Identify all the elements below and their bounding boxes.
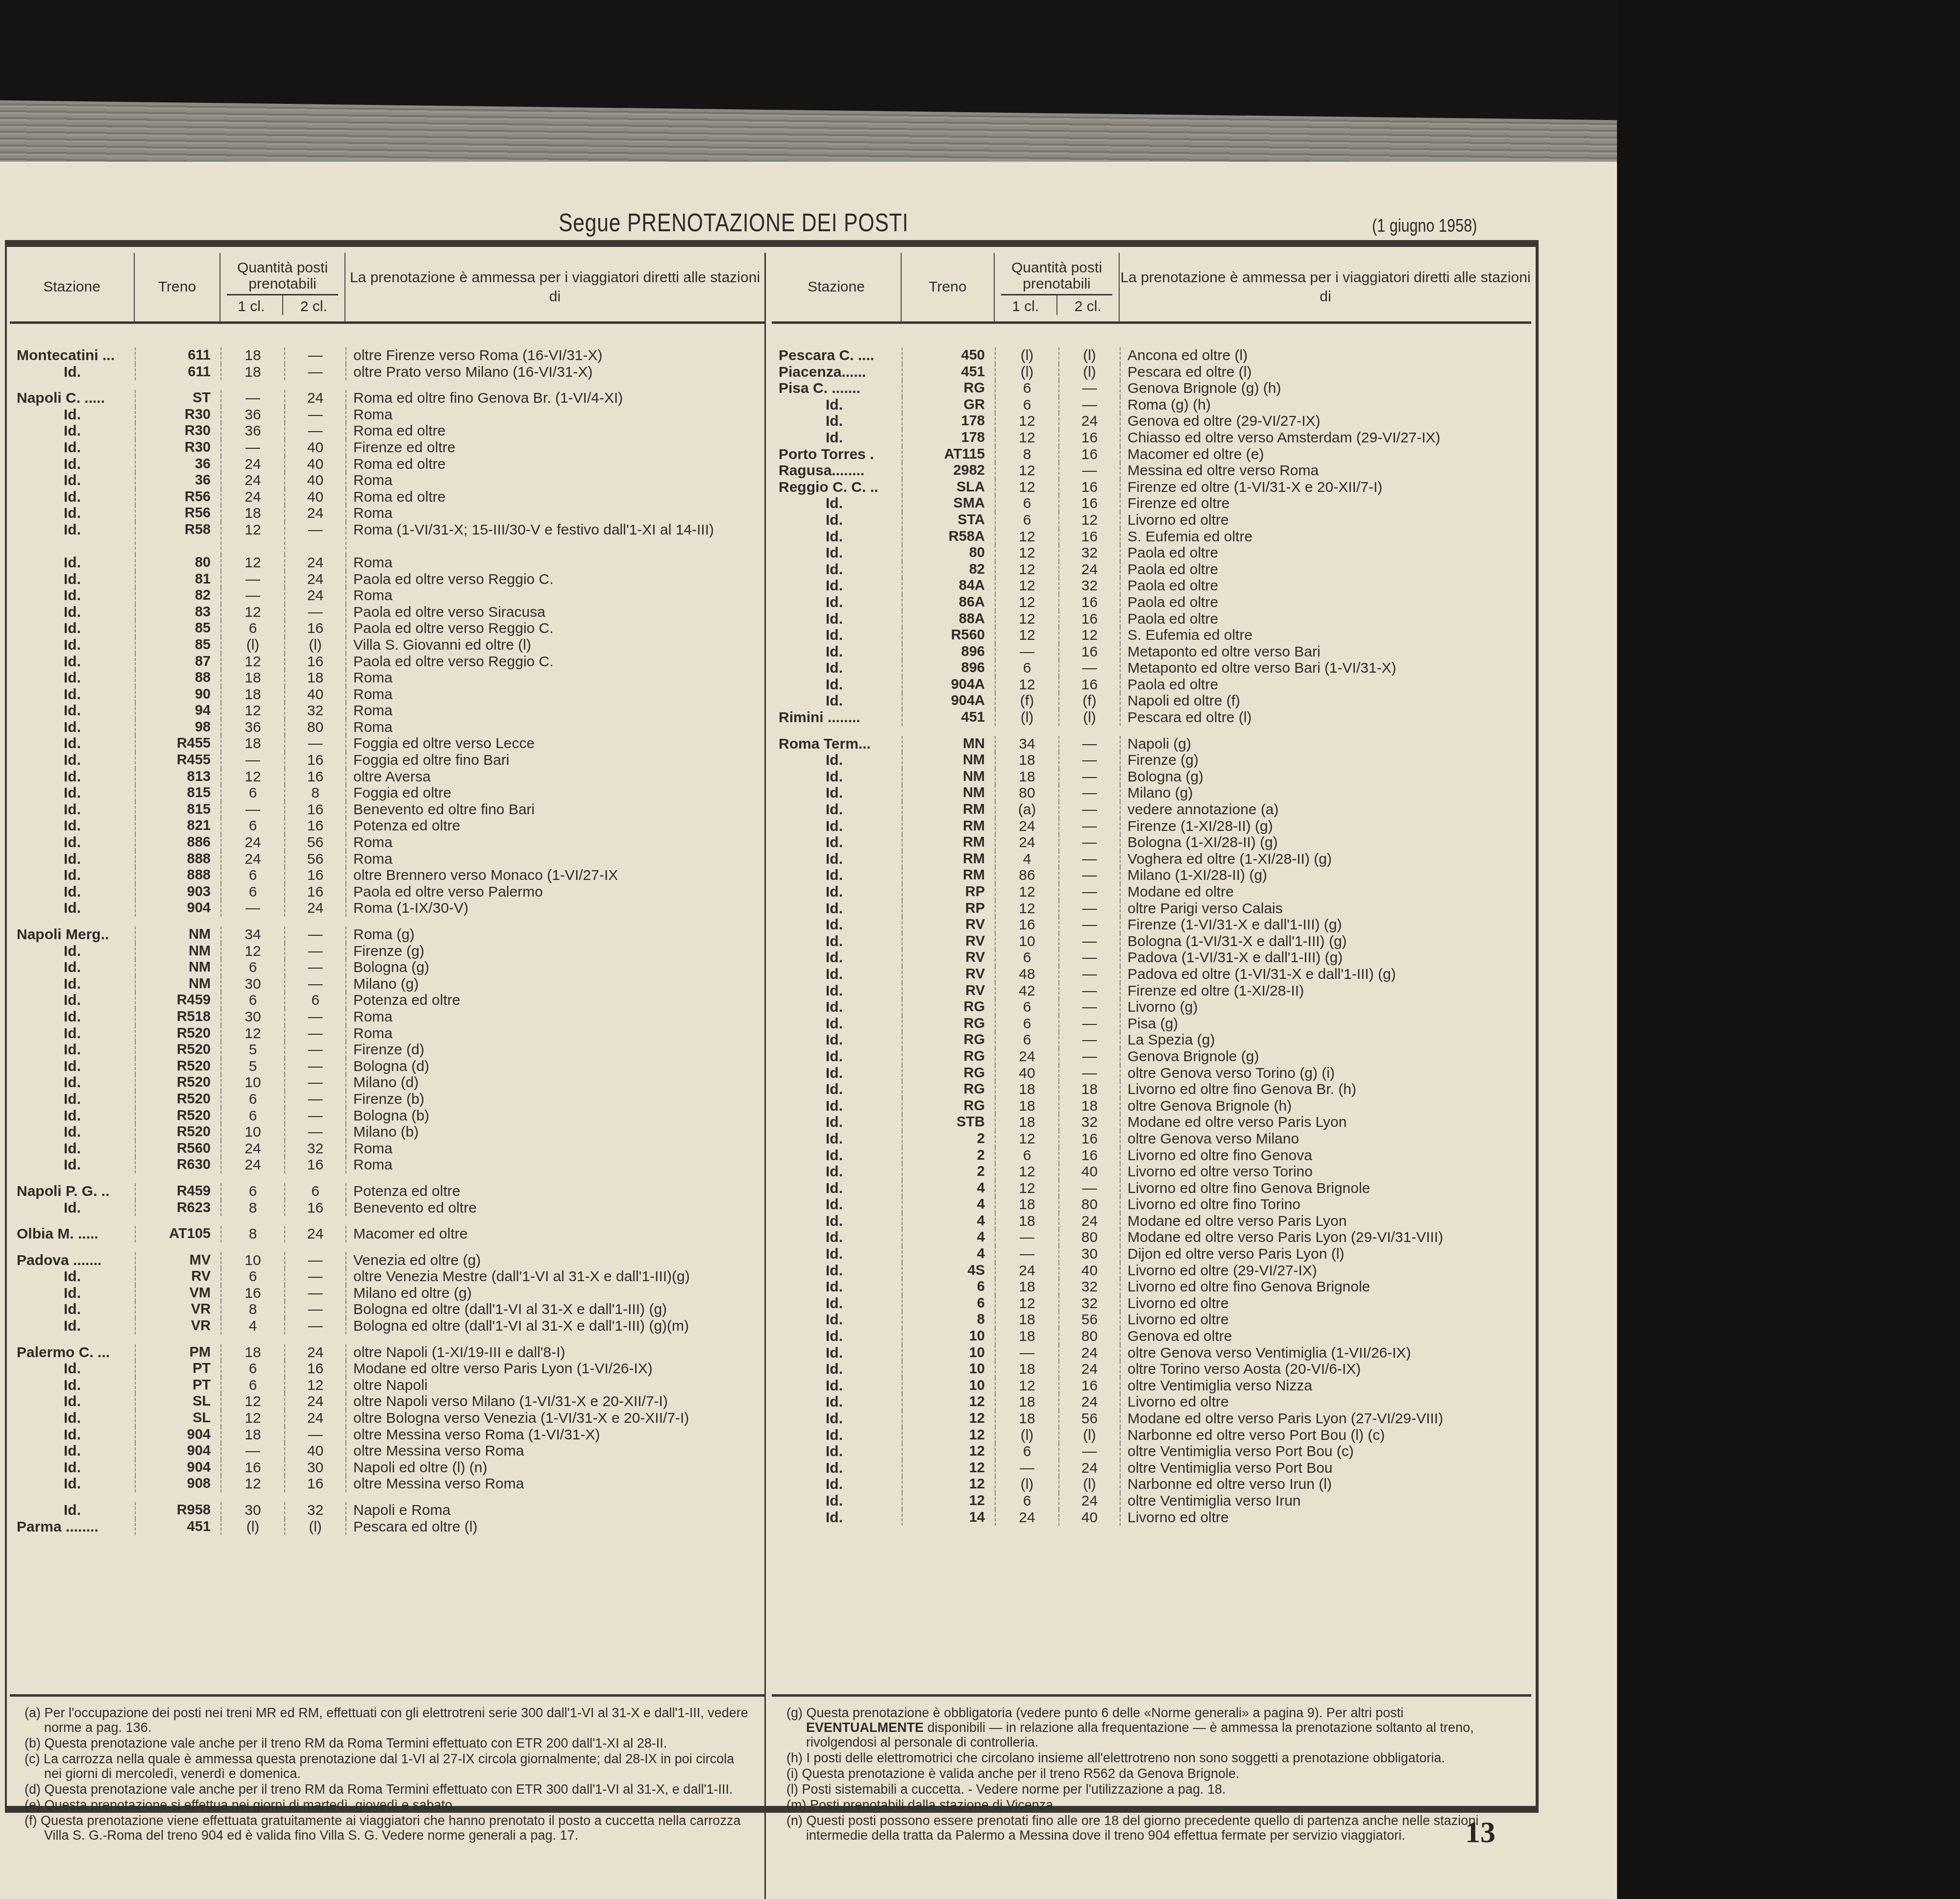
destination-cell: Messina ed oltre verso Roma (1120, 463, 1531, 479)
station-cell: Id. (10, 1157, 135, 1173)
station-cell: Id. (10, 1285, 135, 1302)
destination-cell: Roma (345, 1141, 764, 1157)
station-cell: Napoli P. G. .. (10, 1183, 135, 1200)
destination-cell: Napoli ed oltre (f) (1120, 693, 1531, 709)
second-class-seats-cell: — (284, 1427, 345, 1443)
first-class-seats-cell: (a) (995, 802, 1058, 818)
train-cell: PT (135, 1377, 220, 1394)
table-row: Id.9041630Napoli ed oltre (l) (n) (10, 1460, 764, 1476)
train-cell: R30 (135, 423, 220, 439)
footnote: (b) Questa prenotazione vale anche per i… (24, 1736, 755, 1751)
train-cell: 451 (902, 364, 995, 381)
edition-date: (1 giugno 1958) (1372, 216, 1477, 236)
destination-cell: oltre Genova Brignole (h) (1120, 1098, 1531, 1115)
table-row: Id.RG6—La Spezia (g) (772, 1032, 1531, 1048)
table-row: Id.362440Roma ed oltre (10, 456, 764, 473)
train-cell: R630 (135, 1157, 220, 1173)
first-class-seats-cell: 12 (995, 1295, 1058, 1312)
table-row: Id.41824Modane ed oltre verso Paris Lyon (772, 1213, 1531, 1230)
station-cell: Parma ........ (10, 1519, 135, 1535)
station-cell: Id. (10, 505, 135, 522)
destination-cell: Roma (345, 555, 764, 571)
destination-cell: Paola ed oltre verso Siracusa (345, 604, 764, 621)
train-cell: R58A (902, 529, 995, 545)
second-class-seats-cell: 24 (1058, 413, 1120, 430)
first-class-seats-cell: 6 (995, 1147, 1058, 1164)
table-row: Id.101880Genova ed oltre (772, 1328, 1531, 1345)
table-row: Id.NM6—Bologna (g) (10, 959, 764, 976)
header-quantity: Quantità posti prenotabili 1 cl. 2 cl. (995, 253, 1120, 321)
destination-cell: Bologna (b) (345, 1108, 764, 1124)
second-class-seats-cell: 16 (1058, 495, 1120, 512)
station-cell: Id. (772, 769, 902, 785)
station-cell: Id. (772, 512, 902, 529)
station-cell: Id. (772, 1147, 902, 1164)
second-class-seats-cell: 32 (1058, 545, 1120, 561)
second-class-seats-cell: — (284, 1318, 345, 1335)
second-class-seats-cell: 24 (284, 505, 345, 522)
train-cell: 450 (902, 347, 995, 364)
table-row: Pescara C. ....450(l)(l)Ancona ed oltre … (772, 347, 1531, 364)
station-cell: Padova ....... (10, 1252, 135, 1269)
first-class-seats-cell: 6 (995, 512, 1058, 529)
first-class-seats-cell: 18 (995, 1279, 1058, 1295)
station-cell: Piacenza...... (772, 364, 902, 381)
train-cell: 896 (902, 660, 995, 677)
second-class-seats-cell: 12 (1058, 512, 1120, 529)
first-class-seats-cell: 18 (995, 1328, 1058, 1345)
train-cell: 815 (135, 802, 220, 818)
station-cell: Id. (10, 703, 135, 719)
station-cell: Id. (10, 1427, 135, 1443)
destination-cell: Villa S. Giovanni ed oltre (l) (345, 637, 764, 654)
destination-cell: Roma (1-IX/30-V) (345, 900, 764, 917)
first-class-seats-cell: 18 (995, 1081, 1058, 1098)
destination-cell: Milano (g) (1120, 785, 1531, 802)
second-class-seats-cell: 18 (1058, 1081, 1120, 1098)
second-class-seats-cell: 32 (1058, 1295, 1120, 1312)
train-cell: RV (902, 966, 995, 983)
table-row: Id.41880Livorno ed oltre fino Torino (772, 1196, 1531, 1213)
train-cell: 904A (902, 677, 995, 693)
destination-cell: oltre Firenze verso Roma (16-VI/31-X) (345, 347, 764, 364)
second-class-seats-cell: 6 (284, 992, 345, 1009)
destination-cell: Paola ed oltre (1120, 677, 1531, 693)
first-class-seats-cell: 18 (220, 686, 284, 703)
destination-cell: La Spezia (g) (1120, 1032, 1531, 1048)
second-class-seats-cell: 18 (1058, 1098, 1120, 1115)
station-cell: Id. (772, 1427, 902, 1444)
train-cell: SL (135, 1393, 220, 1410)
second-class-seats-cell: 32 (1058, 1114, 1120, 1131)
train-cell: 82 (135, 587, 220, 604)
first-class-seats-cell: 12 (220, 943, 284, 960)
destination-cell: Roma (345, 1025, 764, 1042)
destination-cell: Potenza ed oltre (345, 992, 764, 1009)
first-class-seats-cell: (f) (995, 693, 1058, 709)
first-class-seats-cell: 12 (220, 604, 284, 621)
station-cell: Id. (772, 644, 902, 660)
second-class-seats-cell: — (284, 364, 345, 381)
table-row: Id.904A1216Paola ed oltre (772, 677, 1531, 693)
station-cell: Id. (772, 1114, 902, 1131)
destination-cell: oltre Brennero verso Monaco (1-VI/27-IX (345, 867, 764, 884)
train-cell: 904 (135, 900, 220, 917)
footnotes-right: (g) Questa prenotazione è obbligatoria (… (772, 1694, 1531, 1899)
table-row: Id.61232Livorno ed oltre (772, 1295, 1531, 1312)
first-class-seats-cell: 18 (995, 1394, 1058, 1411)
second-class-seats-cell: — (284, 423, 345, 439)
background-dark (1617, 0, 1960, 1899)
table-row: Id.821224Paola ed oltre (772, 561, 1531, 578)
table-row: Id.801224Roma (10, 555, 764, 571)
destination-cell: Pisa (g) (1120, 1016, 1531, 1032)
table-row: Id.941232Roma (10, 703, 764, 719)
destination-cell: Bologna (1-XI/28-II) (g) (1120, 834, 1531, 851)
table-row: Id.881818Roma (10, 670, 764, 686)
first-class-seats-cell: 36 (220, 423, 284, 439)
second-class-seats-cell: (l) (1058, 364, 1120, 381)
first-class-seats-cell: 18 (995, 1114, 1058, 1131)
destination-cell: oltre Napoli (1-XI/19-III e dall'8-I) (345, 1344, 764, 1361)
station-cell: Id. (10, 719, 135, 736)
train-cell: 81 (135, 571, 220, 588)
train-cell: 85 (135, 620, 220, 637)
table-row: Id.85616Paola ed oltre verso Reggio C. (10, 620, 764, 637)
second-class-seats-cell: — (1058, 933, 1120, 950)
second-class-seats-cell: 24 (284, 571, 345, 588)
train-cell: RG (902, 1048, 995, 1065)
station-cell: Id. (772, 545, 902, 561)
train-cell: 888 (135, 851, 220, 868)
first-class-seats-cell: 12 (995, 1180, 1058, 1197)
footnote: (m) Posti prenotabili dalla stazione di … (786, 1798, 1521, 1812)
second-class-seats-cell: — (1058, 1180, 1120, 1197)
header-quantity-title: Quantità posti prenotabili (227, 260, 339, 295)
station-cell: Id. (772, 495, 902, 512)
first-class-seats-cell: 12 (995, 1378, 1058, 1394)
station-cell: Id. (772, 1098, 902, 1115)
second-class-seats-cell: 40 (1058, 1509, 1120, 1526)
second-class-seats-cell: 32 (284, 703, 345, 719)
second-class-seats-cell: 16 (284, 1157, 345, 1173)
first-class-seats-cell: 24 (220, 472, 284, 489)
first-class-seats-cell: 12 (995, 611, 1058, 628)
first-class-seats-cell: 86 (995, 867, 1058, 884)
train-cell: 10 (902, 1378, 995, 1394)
table-row: Id.4—80Modane ed oltre verso Paris Lyon … (772, 1229, 1531, 1246)
train-cell: R459 (135, 1183, 220, 1200)
destination-cell: Narbonne ed oltre verso Irun (l) (1120, 1476, 1531, 1493)
first-class-seats-cell: 12 (220, 522, 284, 555)
station-cell: Id. (10, 407, 135, 423)
station-cell: Id. (772, 413, 902, 430)
table-row: Id.R51830—Roma (10, 1009, 764, 1025)
first-class-seats-cell: — (220, 802, 284, 818)
destination-cell: Roma (345, 670, 764, 686)
table-row: Olbia M. .....AT105824Macomer ed oltre (10, 1226, 764, 1242)
train-cell: NM (902, 752, 995, 769)
first-class-seats-cell: 12 (995, 545, 1058, 561)
station-cell: Id. (772, 1246, 902, 1263)
destination-cell: S. Eufemia ed oltre (1120, 627, 1531, 644)
destination-cell: Macomer ed oltre (e) (1120, 446, 1531, 463)
table-row: Id.GR6—Roma (g) (h) (772, 397, 1531, 414)
second-class-seats-cell: 16 (284, 654, 345, 670)
train-cell: 87 (135, 654, 220, 670)
station-cell: Id. (772, 1279, 902, 1295)
table-row: Id.8882456Roma (10, 851, 764, 868)
header-station: Stazione (772, 253, 902, 321)
station-cell: Id. (10, 851, 135, 868)
destination-cell: oltre Genova verso Milano (1120, 1131, 1531, 1147)
train-cell: 888 (135, 867, 220, 884)
train-cell: 2 (902, 1164, 995, 1180)
first-class-seats-cell: 42 (995, 983, 1058, 999)
first-class-seats-cell: 12 (995, 1164, 1058, 1180)
second-class-seats-cell: — (1058, 802, 1120, 818)
table-row: Id.NM18—Bologna (g) (772, 769, 1531, 785)
train-cell: 88A (902, 611, 995, 628)
table-row: Id.61118—oltre Prato verso Milano (16-VI… (10, 364, 764, 381)
station-cell: Id. (772, 1476, 902, 1493)
second-class-seats-cell: 80 (284, 719, 345, 736)
second-class-seats-cell: — (1058, 917, 1120, 933)
table-row: Id.R52010—Milano (b) (10, 1124, 764, 1141)
station-cell: Id. (772, 1032, 902, 1048)
train-cell: RV (902, 933, 995, 950)
table-row: Id.R6302416Roma (10, 1157, 764, 1173)
station-cell: Id. (772, 834, 902, 851)
first-class-seats-cell: 6 (220, 992, 284, 1009)
first-class-seats-cell: 6 (220, 620, 284, 637)
second-class-seats-cell: — (1058, 867, 1120, 884)
table-row: Montecatini ...61118—oltre Firenze verso… (10, 347, 764, 364)
first-class-seats-cell: 36 (220, 407, 284, 423)
first-class-seats-cell: 40 (995, 1065, 1058, 1082)
first-class-seats-cell: 6 (995, 1493, 1058, 1509)
destination-cell: oltre Parigi verso Calais (1120, 901, 1531, 917)
station-cell: Id. (10, 943, 135, 960)
table-row: Piacenza......451(l)(l)Pescara ed oltre … (772, 364, 1531, 381)
table-row: Id.RG24—Genova Brignole (g) (772, 1048, 1531, 1065)
destination-cell: Firenze (g) (1120, 752, 1531, 769)
station-cell: Napoli Merg.. (10, 926, 135, 943)
table-row: Id.RG1818oltre Genova Brignole (h) (772, 1098, 1531, 1115)
table-row: Id.RV6—Padova (1-VI/31-X e dall'1-III) (… (772, 949, 1531, 966)
first-class-seats-cell: 24 (995, 1048, 1058, 1065)
first-class-seats-cell: 24 (220, 834, 284, 851)
station-cell: Id. (772, 1509, 902, 1526)
first-class-seats-cell: 6 (220, 884, 284, 901)
destination-cell: Firenze (b) (345, 1091, 764, 1108)
destination-cell: Firenze ed oltre (1120, 495, 1531, 512)
train-cell: RG (902, 1016, 995, 1032)
table-row: Id.RM4—Voghera ed oltre (1-XI/28-II) (g) (772, 851, 1531, 868)
destination-cell: Roma (345, 703, 764, 719)
first-class-seats-cell: — (220, 752, 284, 769)
station-cell: Id. (10, 1361, 135, 1377)
station-cell: Id. (10, 867, 135, 884)
first-class-seats-cell: 8 (220, 1200, 284, 1217)
second-class-seats-cell: 16 (1058, 1378, 1120, 1394)
second-class-seats-cell: 16 (284, 884, 345, 901)
second-class-seats-cell: — (1058, 785, 1120, 802)
train-cell: AT105 (135, 1226, 220, 1242)
table-row: Id.82—24Roma (10, 587, 764, 604)
train-cell: 611 (135, 364, 220, 381)
train-cell: R58 (135, 522, 220, 555)
second-class-seats-cell: — (1058, 834, 1120, 851)
train-cell: R560 (135, 1141, 220, 1157)
train-cell: 12 (902, 1394, 995, 1411)
column-headers: Stazione Treno Quantità posti prenotabil… (10, 253, 764, 324)
destination-cell: Venezia ed oltre (g) (345, 1252, 764, 1269)
station-cell: Id. (10, 1460, 135, 1476)
train-cell: R56 (135, 489, 220, 506)
station-cell: Id. (10, 423, 135, 439)
destination-cell: oltre Messina verso Roma (1-VI/31-X) (345, 1427, 764, 1443)
station-cell: Id. (772, 1460, 902, 1477)
table-row: Id.10—24oltre Genova verso Ventimiglia (… (772, 1345, 1531, 1362)
table-row: Id.362440Roma (10, 472, 764, 489)
table-row: Id.412—Livorno ed oltre fino Genova Brig… (772, 1180, 1531, 1197)
train-cell: VR (135, 1301, 220, 1318)
second-class-seats-cell: 16 (1058, 677, 1120, 693)
destination-cell: Ancona ed oltre (l) (1120, 347, 1531, 364)
page-title: Segue PRENOTAZIONE DEI POSTI (559, 208, 908, 238)
station-cell: Id. (10, 992, 135, 1009)
destination-cell: oltre Ventimiglia verso Nizza (1120, 1378, 1531, 1394)
train-cell: VM (135, 1285, 220, 1302)
station-cell: Id. (772, 1016, 902, 1032)
destination-cell: Modane ed oltre verso Paris Lyon (27-VI/… (1120, 1411, 1531, 1427)
second-class-seats-cell: — (284, 1058, 345, 1075)
first-class-seats-cell: 12 (995, 413, 1058, 430)
station-cell: Id. (772, 1411, 902, 1427)
table-row: Id.STA612Livorno ed oltre (772, 512, 1531, 529)
second-class-seats-cell: 40 (284, 472, 345, 489)
train-cell: 896 (902, 644, 995, 660)
table-row: Id.983680Roma (10, 719, 764, 736)
station-cell: Id. (10, 1009, 135, 1025)
table-row: Id.R623816Benevento ed oltre (10, 1200, 764, 1217)
destination-cell: Livorno ed oltre (1120, 1394, 1531, 1411)
table-row: Id.R58A1216S. Eufemia ed oltre (772, 529, 1531, 545)
destination-cell: Modane ed oltre verso Paris Lyon (29-VI/… (1120, 1229, 1531, 1246)
second-class-seats-cell: 16 (284, 1361, 345, 1377)
train-cell: RG (902, 1065, 995, 1082)
first-class-seats-cell: 10 (220, 1124, 284, 1141)
first-class-seats-cell: — (220, 1443, 284, 1460)
first-class-seats-cell: 6 (220, 818, 284, 834)
station-cell: Id. (10, 555, 135, 571)
train-cell: 10 (902, 1345, 995, 1362)
second-class-seats-cell: — (284, 522, 345, 555)
table-row: Id.84A1232Paola ed oltre (772, 578, 1531, 594)
second-class-seats-cell: 16 (1058, 446, 1120, 463)
first-class-seats-cell: 6 (220, 959, 284, 976)
second-class-seats-cell: — (284, 1009, 345, 1025)
second-class-seats-cell: (l) (1058, 709, 1120, 726)
table-row: Id.R30—40Firenze ed oltre (10, 439, 764, 456)
train-cell: R56 (135, 505, 220, 522)
train-cell: 8 (902, 1312, 995, 1328)
destination-cell: oltre Bologna verso Venezia (1-VI/31-X e… (345, 1410, 764, 1427)
destination-cell: Livorno ed oltre fino Torino (1120, 1196, 1531, 1213)
train-cell: 4S (902, 1263, 995, 1279)
station-cell: Palermo C. ... (10, 1344, 135, 1361)
destination-cell: Pescara ed oltre (l) (1120, 709, 1531, 726)
table-row: Id.R561824Roma (10, 505, 764, 522)
table-row: Id.PT616Modane ed oltre verso Paris Lyon… (10, 1361, 764, 1377)
station-cell: Id. (10, 670, 135, 686)
destination-cell: Livorno ed oltre fino Genova Brignole (1120, 1279, 1531, 1295)
table-row: Id.821616Potenza ed oltre (10, 818, 764, 834)
first-class-seats-cell: 6 (995, 1032, 1058, 1048)
train-cell: RM (902, 802, 995, 818)
table-row: Id.8966—Metaponto ed oltre verso Bari (1… (772, 660, 1531, 677)
table-row: Id.904—24Roma (1-IX/30-V) (10, 900, 764, 917)
train-cell: 4 (902, 1180, 995, 1197)
train-cell: NM (135, 959, 220, 976)
destination-cell: Roma (1-VI/31-X; 15-III/30-V e festivo d… (345, 522, 764, 555)
station-cell: Id. (10, 1393, 135, 1410)
station-cell: Porto Torres . (772, 446, 902, 463)
first-class-seats-cell: 8 (220, 1226, 284, 1242)
destination-cell: S. Eufemia ed oltre (1120, 529, 1531, 545)
destination-cell: Padova (1-VI/31-X e dall'1-III) (g) (1120, 949, 1531, 966)
destination-cell: Benevento ed oltre fino Bari (345, 802, 764, 818)
station-cell: Id. (10, 1108, 135, 1124)
first-class-seats-cell: 18 (995, 1098, 1058, 1115)
first-class-seats-cell: 12 (220, 1025, 284, 1042)
destination-cell: Potenza ed oltre (345, 1183, 764, 1200)
destination-cell: Paola ed oltre verso Reggio C. (345, 620, 764, 637)
first-class-seats-cell: — (220, 571, 284, 588)
timetable-page: Segue PRENOTAZIONE DEI POSTI (1 giugno 1… (0, 162, 1617, 1899)
table-row: Id.8131216oltre Aversa (10, 769, 764, 785)
table-row: Id.R3036—Roma ed oltre (10, 423, 764, 439)
station-cell: Id. (772, 1493, 902, 1509)
table-row: Napoli C. .....ST—24Roma ed oltre fino G… (10, 390, 764, 407)
table-row: Id.901840Roma (10, 686, 764, 703)
table-row: Napoli Merg..NM34—Roma (g) (10, 926, 764, 943)
destination-cell: Modane ed oltre verso Paris Lyon (1-VI/2… (345, 1361, 764, 1377)
train-cell: 2 (902, 1147, 995, 1164)
second-class-seats-cell: (l) (1058, 1476, 1120, 1493)
header-station: Stazione (10, 253, 135, 321)
second-class-seats-cell: (l) (284, 637, 345, 654)
second-class-seats-cell: 24 (284, 1344, 345, 1361)
station-cell: Rimini ........ (772, 709, 902, 726)
second-class-seats-cell: 40 (1058, 1164, 1120, 1180)
table-row: Id.801232Paola ed oltre (772, 545, 1531, 561)
station-cell: Id. (772, 867, 902, 884)
footnote-g: (g) Questa prenotazione è obbligatoria (… (786, 1705, 1521, 1750)
table-row: Id.RV6—oltre Venezia Mestre (dall'1-VI a… (10, 1268, 764, 1285)
station-cell: Id. (772, 1361, 902, 1378)
train-cell: RG (902, 380, 995, 397)
destination-cell: oltre Ventimiglia verso Port Bou (c) (1120, 1443, 1531, 1460)
station-cell: Id. (10, 1377, 135, 1394)
train-cell: 4 (902, 1246, 995, 1263)
station-cell: Id. (772, 884, 902, 901)
second-class-seats-cell: — (284, 347, 345, 364)
table-row: Id.SL1224oltre Napoli verso Milano (1-VI… (10, 1393, 764, 1410)
destination-cell: Paola ed oltre verso Reggio C. (345, 571, 764, 588)
train-cell: 12 (902, 1493, 995, 1509)
